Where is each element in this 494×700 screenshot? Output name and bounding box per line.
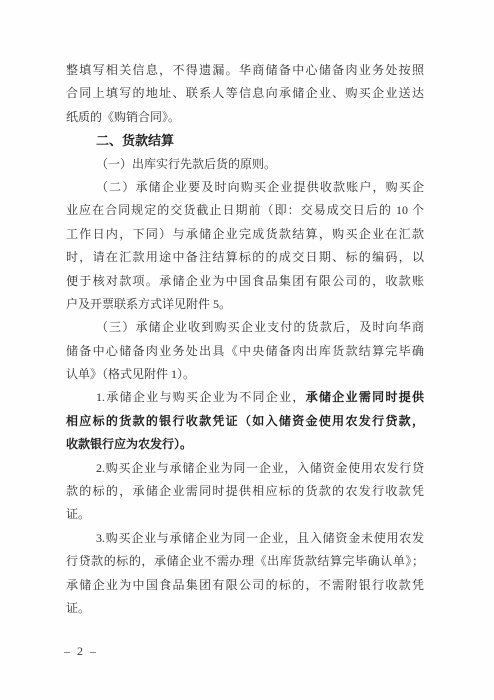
text-segment: 3.购买企业与承储企业为同一企业，且入储资金未使用农发 xyxy=(96,531,424,545)
text-line: 证。 xyxy=(66,597,424,620)
text-line: 储备中心储备肉业务处出具《中央储备肉出库货款结算完毕确 xyxy=(66,340,424,363)
text-line: 整填写相关信息，不得遗漏。华商储备中心储备肉业务处按照 xyxy=(66,59,424,82)
page-number: – 2 – xyxy=(64,644,98,659)
text-line: （二）承储企业要及时向购买企业提供收款账户，购买企 xyxy=(66,176,424,199)
text-line: 工作日内，下同）与承储企业完成货款结算，购买企业在汇款 xyxy=(66,223,424,246)
text-line: 相应标的货款的银行收款凭证（如入储资金使用农发行贷款， xyxy=(66,410,424,433)
text-line: 户及开票联系方式详见附件 5。 xyxy=(66,293,424,316)
text-segment: 行贷款的标的，承储企业不需办理《出库货款结算完毕确认单》； xyxy=(66,554,424,568)
text-line: 证。 xyxy=(66,503,424,526)
text-segment: 证。 xyxy=(66,507,90,521)
text-segment: 工作日内，下同）与承储企业完成货款结算，购买企业在汇款 xyxy=(66,227,424,241)
text-line: 收款银行应为农发行）。 xyxy=(66,433,424,456)
text-segment: （一）出库实行先款后货的原则。 xyxy=(96,157,276,171)
text-line: 业应在合同规定的交货截止日期前（即：交易成交日后的 10 个 xyxy=(66,199,424,222)
document-body: 整填写相关信息，不得遗漏。华商储备中心储备肉业务处按照合同上填写的地址、联系人等… xyxy=(66,59,424,620)
text-line: 1.承储企业与购买企业为不同企业，承储企业需同时提供 xyxy=(66,386,424,409)
text-line: 行贷款的标的，承储企业不需办理《出库货款结算完毕确认单》； xyxy=(66,550,424,573)
text-line: （一）出库实行先款后货的原则。 xyxy=(66,153,424,176)
text-segment: （二）承储企业要及时向购买企业提供收款账户，购买企 xyxy=(96,180,424,194)
text-segment: 合同上填写的地址、联系人等信息向承储企业、购买企业送达 xyxy=(66,86,424,100)
text-segment: 承储企业为中国食品集团有限公司的标的，不需附银行收款凭 xyxy=(66,578,424,592)
text-segment: 户及开票联系方式详见附件 5。 xyxy=(66,297,231,311)
text-segment: 认单》（格式见附件 1）。 xyxy=(66,367,195,381)
bold-text-segment: 二、货款结算 xyxy=(96,133,174,148)
text-line: 认单》（格式见附件 1）。 xyxy=(66,363,424,386)
text-segment: 便于核对款项。承储企业为中国食品集团有限公司的，收款账 xyxy=(66,274,424,288)
text-segment: 时，请在汇款用途中备注结算标的的成交日期、标的编码，以 xyxy=(66,250,424,264)
document-page: 整填写相关信息，不得遗漏。华商储备中心储备肉业务处按照合同上填写的地址、联系人等… xyxy=(0,0,494,700)
section-heading: 二、货款结算 xyxy=(66,129,424,152)
bold-text-segment: 相应标的货款的银行收款凭证（如入储资金使用农发行贷款， xyxy=(66,414,424,428)
text-segment: 证。 xyxy=(66,601,90,615)
bold-text-segment: 承储企业需同时提供 xyxy=(306,390,424,404)
bold-text-segment: 收款银行应为农发行）。 xyxy=(66,437,192,451)
text-line: 时，请在汇款用途中备注结算标的的成交日期、标的编码，以 xyxy=(66,246,424,269)
text-line: 2.购买企业与承储企业为同一企业，入储资金使用农发行贷 xyxy=(66,457,424,480)
text-segment: 业应在合同规定的交货截止日期前（即：交易成交日后的 10 个 xyxy=(66,203,424,217)
text-segment: 储备中心储备肉业务处出具《中央储备肉出库货款结算完毕确 xyxy=(66,344,424,358)
text-line: 款的标的，承储企业需同时提供相应标的货款的农发行收款凭 xyxy=(66,480,424,503)
text-segment: 纸质的《购销合同》。 xyxy=(66,110,180,124)
text-line: 纸质的《购销合同》。 xyxy=(66,106,424,129)
text-segment: 1.承储企业与购买企业为不同企业， xyxy=(96,390,306,404)
text-segment: （三）承储企业收到购买企业支付的货款后，及时向华商 xyxy=(96,320,424,334)
text-segment: 款的标的，承储企业需同时提供相应标的货款的农发行收款凭 xyxy=(66,484,424,498)
text-segment: 2.购买企业与承储企业为同一企业，入储资金使用农发行贷 xyxy=(96,461,424,475)
text-line: 承储企业为中国食品集团有限公司的标的，不需附银行收款凭 xyxy=(66,574,424,597)
text-line: 3.购买企业与承储企业为同一企业，且入储资金未使用农发 xyxy=(66,527,424,550)
text-line: 合同上填写的地址、联系人等信息向承储企业、购买企业送达 xyxy=(66,82,424,105)
text-line: 便于核对款项。承储企业为中国食品集团有限公司的，收款账 xyxy=(66,270,424,293)
text-line: （三）承储企业收到购买企业支付的货款后，及时向华商 xyxy=(66,316,424,339)
text-segment: 整填写相关信息，不得遗漏。华商储备中心储备肉业务处按照 xyxy=(66,63,424,77)
